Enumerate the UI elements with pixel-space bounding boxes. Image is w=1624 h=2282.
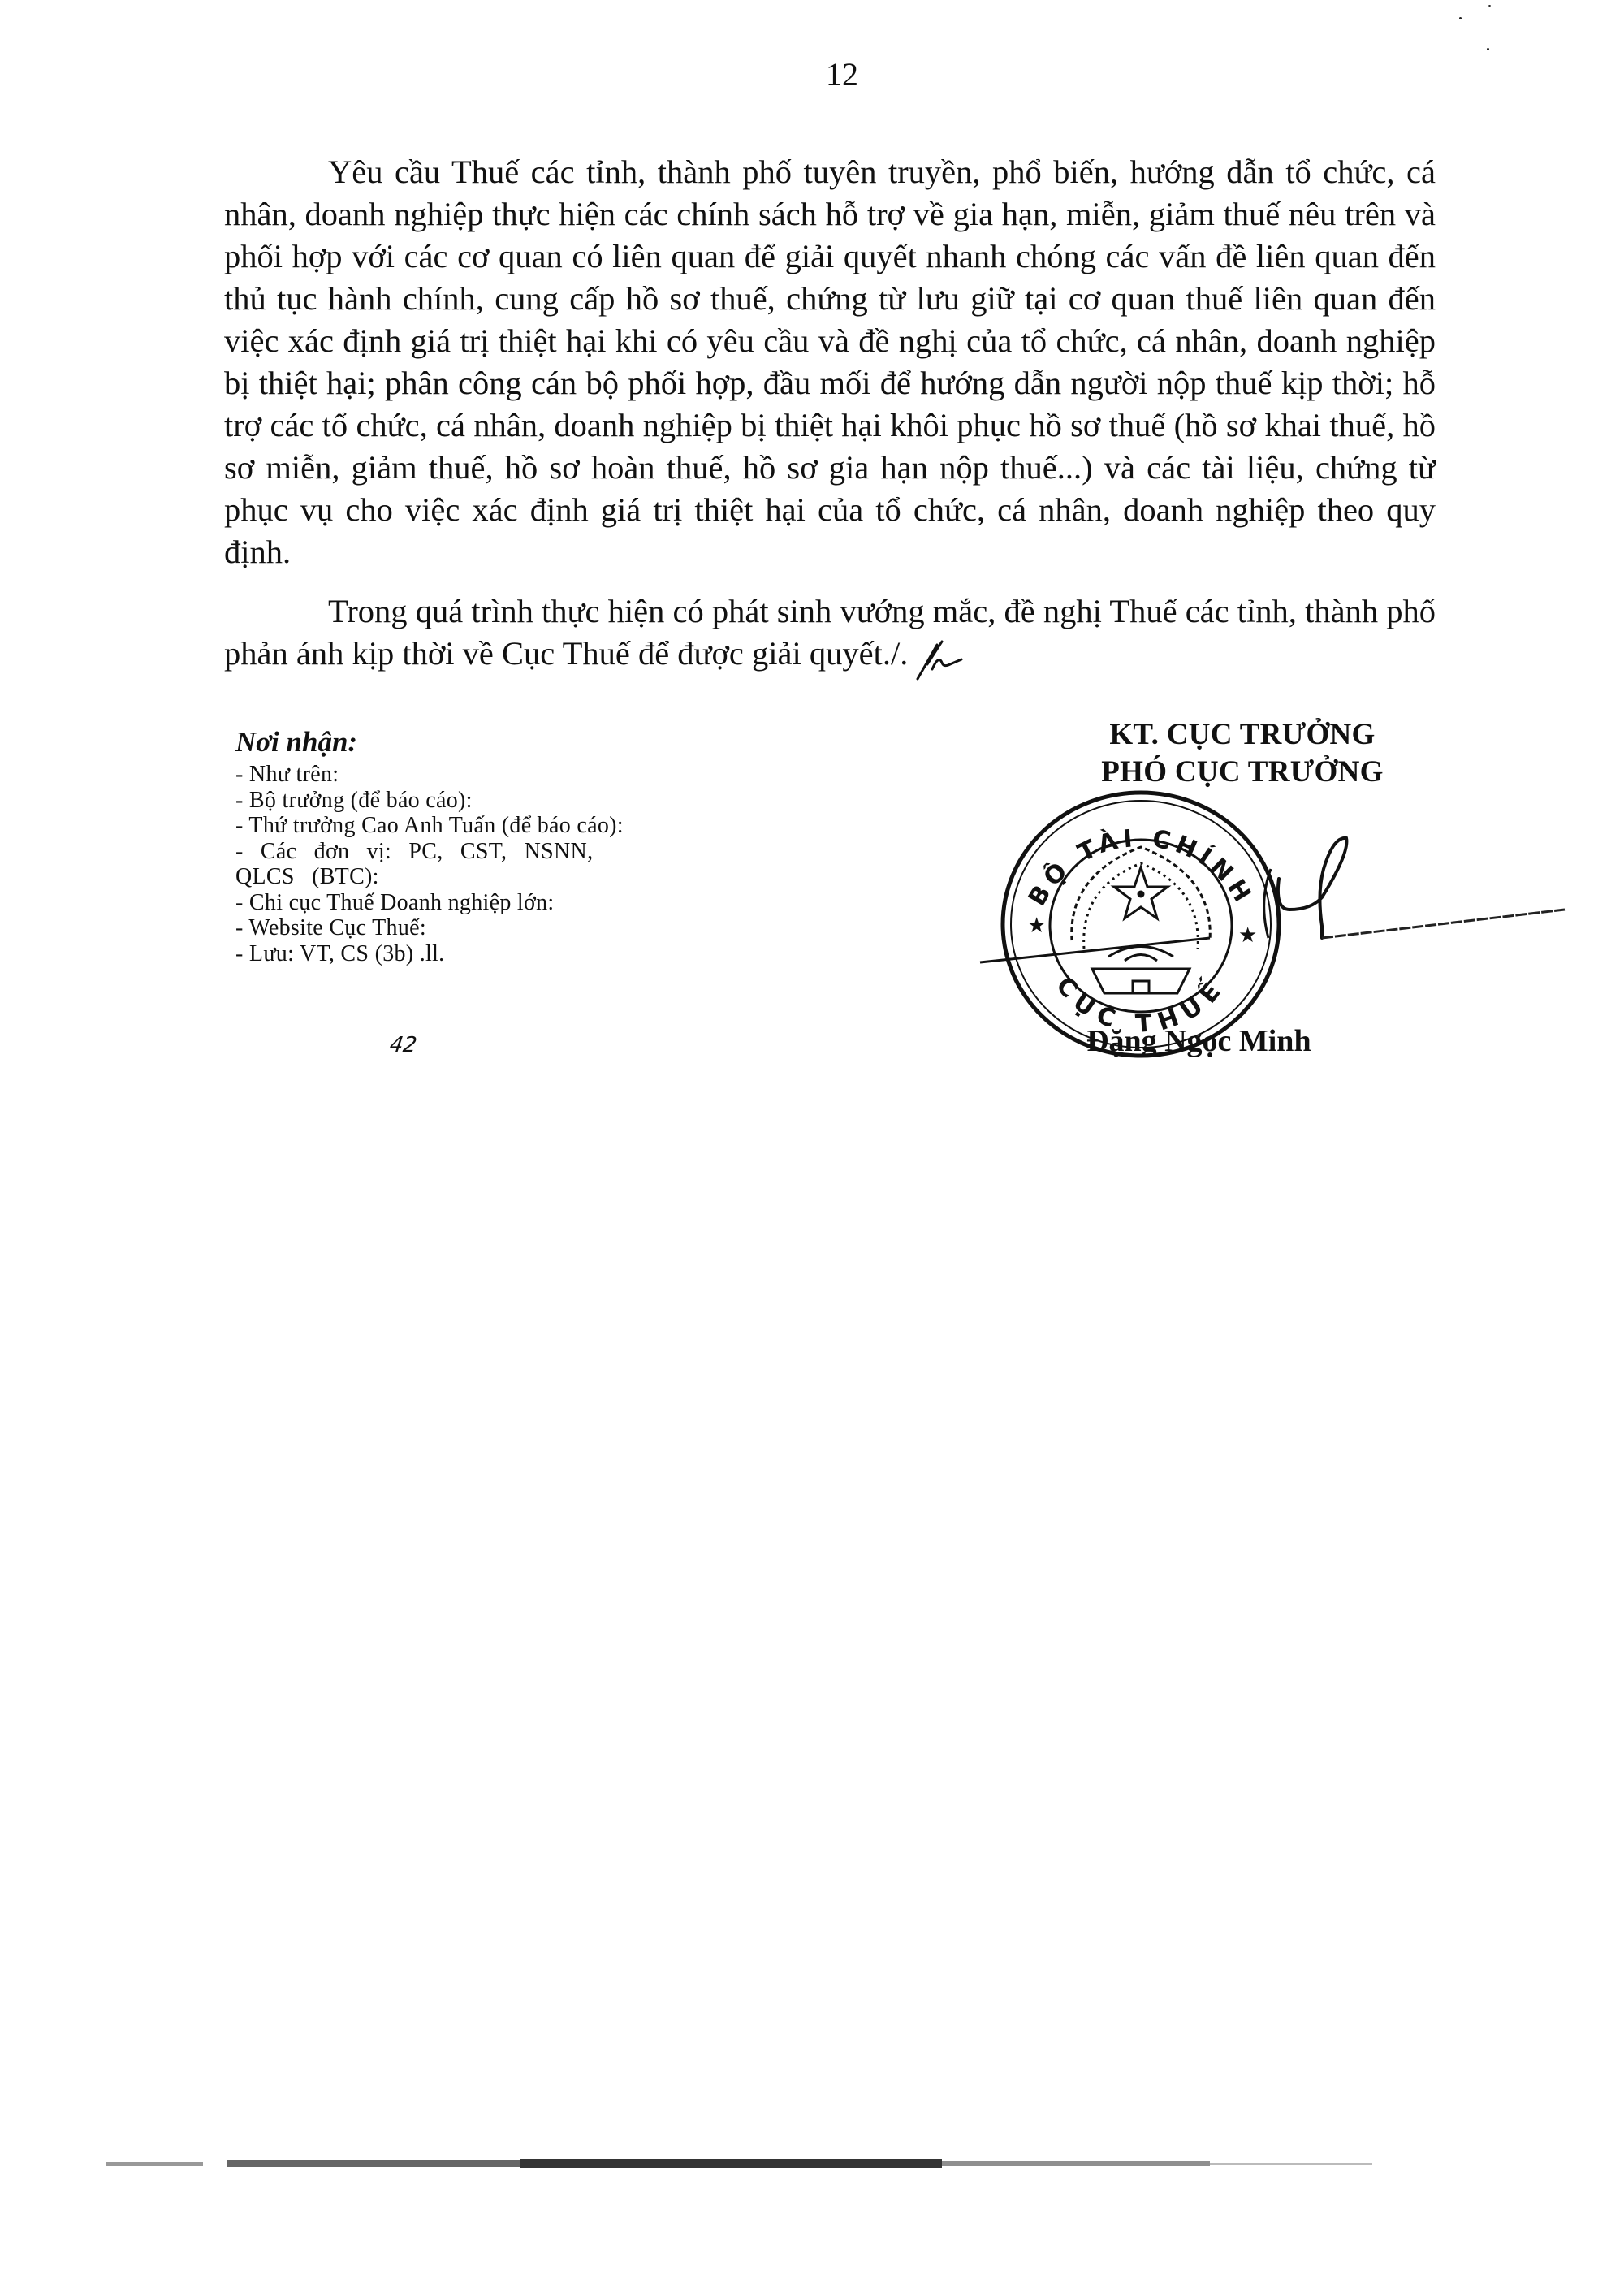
scan-dust (1459, 17, 1462, 19)
recipient-item: - Website Cục Thuế: (235, 915, 804, 941)
signature-title-line1: KT. CỤC TRƯỞNG (1064, 716, 1421, 754)
recipients-title: Nơi nhận: (235, 726, 804, 759)
recipients-list: - Như trên: - Bộ trưởng (để báo cáo): - … (235, 762, 804, 966)
handwritten-count: 42 (388, 1033, 418, 1057)
handwritten-initials-icon (909, 640, 966, 681)
signer-name: Đặng Ngọc Minh (1086, 1025, 1311, 1057)
recipient-item: - Thứ trưởng Cao Anh Tuấn (để báo cáo): (235, 813, 804, 839)
official-stamp: BỘ TÀI CHÍNH CỤC THUẾ ★ ★ (995, 786, 1287, 1062)
recipient-item: - Bộ trưởng (để báo cáo): (235, 788, 804, 814)
recipients-block: Nơi nhận: - Như trên: - Bộ trưởng (để bá… (235, 726, 804, 966)
scan-noise-band (106, 2157, 1372, 2172)
signature-title: KT. CỤC TRƯỞNG PHÓ CỤC TRƯỞNG (1064, 716, 1421, 791)
stamp-star-left-icon: ★ (1027, 914, 1046, 937)
letter-body: Yêu cầu Thuế các tỉnh, thành phố tuyên t… (224, 151, 1436, 681)
recipient-item: - Lưu: VT, CS (3b) .ll. (235, 941, 804, 967)
stamp-star-right-icon: ★ (1238, 923, 1257, 947)
scan-dust (1487, 48, 1489, 50)
scan-dust (1488, 5, 1491, 7)
recipient-item: - Chi cục Thuế Doanh nghiệp lớn: (235, 890, 804, 916)
recipient-item: - Các đơn vị: PC, CST, NSNN, QLCS (BTC): (235, 839, 658, 890)
closing-text: Trong quá trình thực hiện có phát sinh v… (224, 593, 1436, 672)
paragraph-instructions: Yêu cầu Thuế các tỉnh, thành phố tuyên t… (224, 151, 1436, 573)
page-number: 12 (0, 58, 1624, 91)
recipient-item: - Như trên: (235, 762, 804, 788)
national-emblem-icon (1072, 847, 1211, 993)
paragraph-closing: Trong quá trình thực hiện có phát sinh v… (224, 590, 1436, 681)
